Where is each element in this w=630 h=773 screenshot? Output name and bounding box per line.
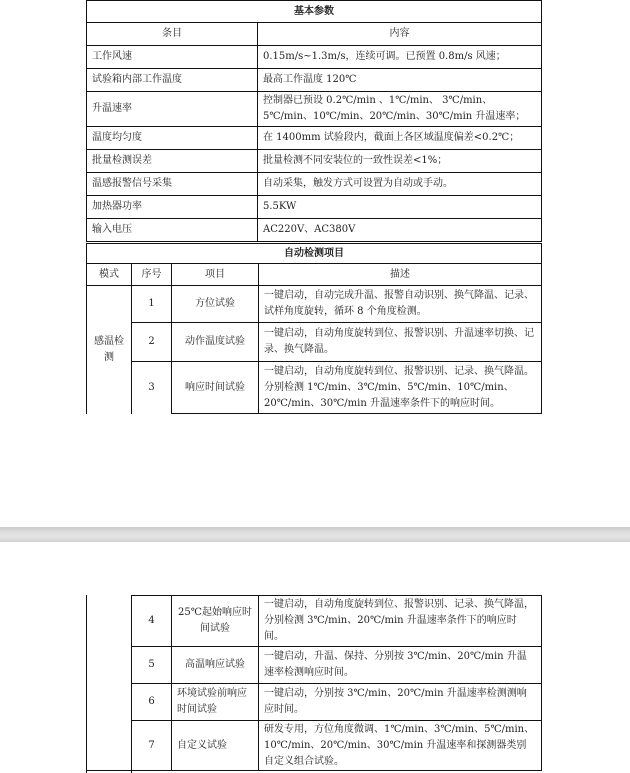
param-item: 加热器功率 [87,196,258,219]
test-no: 6 [132,684,172,721]
table-row: 5 高温响应试验 一键启动，升温、保持、分别按 3℃/min、20℃/min 升… [132,647,542,684]
table-row: 7 自定义试验 研发专用，方位角度微调、1℃/min、3℃/min、5℃/min… [132,721,542,771]
test-desc: 一键启动，分别按 3℃/min、20℃/min 升温速率检测测响应时间。 [259,684,542,721]
basic-params-table: 基本参数 条目 内容 工作风速 0.15m/s~1.3m/s，连续可调。已预置 … [86,0,542,242]
param-item: 温度均匀度 [87,127,258,150]
table-row: 温感报警信号采集 自动采集，触发方式可设置为自动或手动。 [87,173,542,196]
auto-tests-title: 自动检测项目 [87,244,542,264]
table-row: 批量检测误差 批量检测不同安装位的一致性误差<1%； [87,150,542,173]
test-no: 2 [132,323,172,362]
header-content: 内容 [258,23,542,46]
table-row: 输入电压 AC220V、AC380V [87,219,542,242]
test-item: 高温响应试验 [172,647,259,684]
table-bottom-border [86,770,541,771]
table-row: 2 动作温度试验 一键启动，自动角度旋转到位、报警识别、升温速率切换、记录、换气… [87,323,542,362]
table-row: 加热器功率 5.5KW [87,196,542,219]
auto-tests-table: 自动检测项目 模式 序号 项目 描述 感温检测 1 方位试验 一键启动，自动完成… [86,243,542,414]
test-no: 1 [132,286,172,323]
test-desc: 研发专用，方位角度微调、1℃/min、3℃/min、5℃/min、10℃/min… [259,721,542,771]
header-desc: 描述 [259,264,542,286]
param-content: 0.15m/s~1.3m/s，连续可调。已预置 0.8m/s 风速； [258,46,542,69]
param-item: 批量检测误差 [87,150,258,173]
param-item: 工作风速 [87,46,258,69]
test-desc: 一键启动，自动角度旋转到位、报警识别、记录、换气降温，分别检测 3℃/min、2… [259,596,542,647]
test-desc: 一键启动，自动角度旋转到位、报警识别、记录、换气降温。分别检测 1℃/min、3… [259,362,542,414]
test-no: 5 [132,647,172,684]
param-content: AC220V、AC380V [258,219,542,242]
test-no: 4 [132,596,172,647]
header-no: 序号 [132,264,172,286]
test-desc: 一键启动，自动完成升温、报警自动识别、换气降温、记录、试样角度旋转，循环 8 个… [259,286,542,323]
table-row: 升温速率 控制器已预设 0.2℃/min 、1℃/min、 3℃/min、5℃/… [87,92,542,127]
table-row: 工作风速 0.15m/s~1.3m/s，连续可调。已预置 0.8m/s 风速； [87,46,542,69]
param-content: 5.5KW [258,196,542,219]
mode-cell: 感温检测 [87,286,132,414]
table-row: 4 25℃起始响应时间试验 一键启动，自动角度旋转到位、报警识别、记录、换气降温… [132,596,542,647]
param-content: 最高工作温度 120℃ [258,69,542,92]
test-desc: 一键启动，自动角度旋转到位、报警识别、升温速率切换、记录、换气降温。 [259,323,542,362]
page-separator [0,527,630,542]
test-desc: 一键启动，升温、保持、分别按 3℃/min、20℃/min 升温速率检测响应时间… [259,647,542,684]
test-item: 环境试验前响应时间试验 [172,684,259,721]
param-item: 升温速率 [87,92,258,127]
param-content: 控制器已预设 0.2℃/min 、1℃/min、 3℃/min、5℃/min、1… [258,92,542,127]
param-item: 试验箱内部工作温度 [87,69,258,92]
header-mode: 模式 [87,264,132,286]
table-row: 感温检测 1 方位试验 一键启动，自动完成升温、报警自动识别、换气降温、记录、试… [87,286,542,323]
test-no: 3 [132,362,172,414]
header-item: 条目 [87,23,258,46]
test-item: 自定义试验 [172,721,259,771]
param-content: 批量检测不同安装位的一致性误差<1%； [258,150,542,173]
param-item: 输入电压 [87,219,258,242]
table-row: 温度均匀度 在 1400mm 试验段内，截面上各区域温度偏差<0.2℃； [87,127,542,150]
auto-tests-table-continued: 4 25℃起始响应时间试验 一键启动，自动角度旋转到位、报警识别、记录、换气降温… [131,595,542,771]
param-item: 温感报警信号采集 [87,173,258,196]
test-item: 25℃起始响应时间试验 [172,596,259,647]
test-item: 动作温度试验 [172,323,259,362]
basic-params-title: 基本参数 [87,1,542,23]
header-item: 项目 [172,264,259,286]
mode-column-left-border [86,595,87,773]
param-content: 在 1400mm 试验段内，截面上各区域温度偏差<0.2℃； [258,127,542,150]
table-row: 试验箱内部工作温度 最高工作温度 120℃ [87,69,542,92]
test-item: 方位试验 [172,286,259,323]
param-content: 自动采集，触发方式可设置为自动或手动。 [258,173,542,196]
test-no: 7 [132,721,172,771]
table-row: 6 环境试验前响应时间试验 一键启动，分别按 3℃/min、20℃/min 升温… [132,684,542,721]
table-row: 3 响应时间试验 一键启动，自动角度旋转到位、报警识别、记录、换气降温。分别检测… [87,362,542,414]
document-page-1: 基本参数 条目 内容 工作风速 0.15m/s~1.3m/s，连续可调。已预置 … [0,0,630,527]
test-item: 响应时间试验 [172,362,259,414]
